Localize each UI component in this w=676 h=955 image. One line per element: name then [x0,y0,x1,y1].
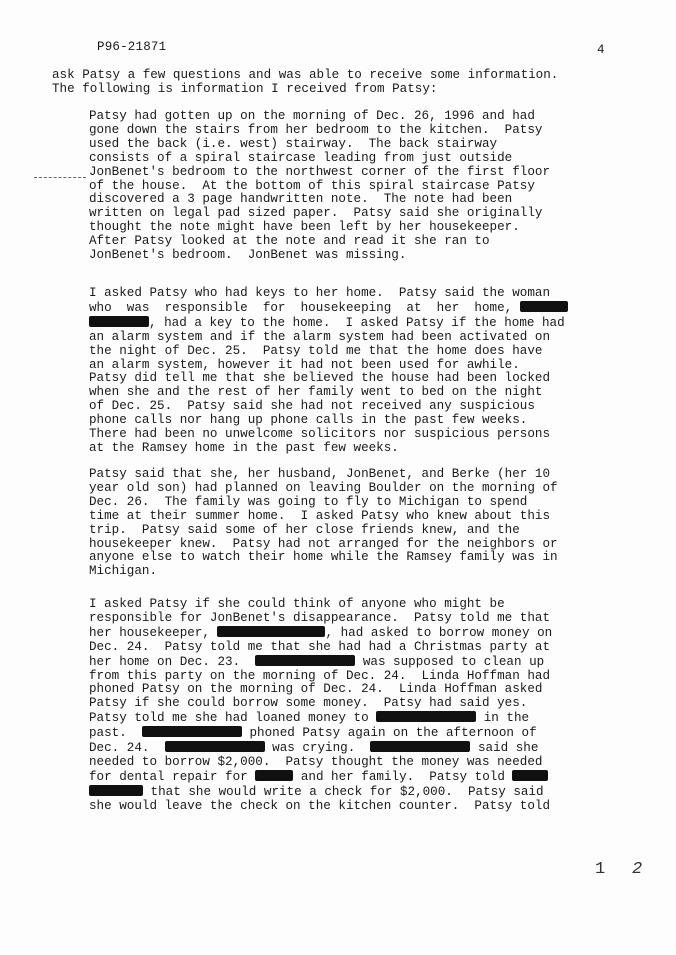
text-line: in the [476,711,529,725]
text-line: Dec. 24. [89,741,165,755]
text-line: past. [89,726,142,740]
text-line: Patsy told me she had loaned money to [89,711,376,725]
text-line: responsible for JonBenet's disappearance… [89,611,550,625]
paragraph-housekeeper: I asked Patsy if she could think of anyo… [89,598,552,814]
paragraph-trip: Patsy said that she, her husband, JonBen… [89,468,558,579]
text-line: for dental repair for [89,770,255,784]
redaction-bar [89,785,143,796]
margin-mark [34,177,86,178]
text-line: and her family. Patsy told [293,770,512,784]
redaction-bar [255,770,293,781]
text-line: needed to borrow $2,000. Patsy thought t… [89,755,542,769]
redaction-bar [370,741,470,752]
text-line: who was responsible for housekeeping at … [89,301,520,315]
text-line: she would leave the check on the kitchen… [89,799,550,813]
text-line: her home on Dec. 23. [89,655,255,669]
paragraph-keys-alarm: I asked Patsy who had keys to her home. … [89,287,568,456]
text-line: , had a key to the home. I asked Patsy i… [149,316,565,330]
text-line: was supposed to clean up [355,655,544,669]
footer-mark: 2 [632,860,642,879]
redaction-bar [165,741,265,752]
redaction-bar [142,726,242,737]
paragraph-stairs-note: Patsy had gotten up on the morning of De… [89,110,550,263]
redaction-bar [520,301,568,312]
text-line: phoned Patsy again on the afternoon of [242,726,537,740]
footer-mark: 1 [595,860,605,879]
text-block: an alarm system and if the alarm system … [89,330,550,455]
text-line: Patsy if she could borrow some money. Pa… [89,696,527,710]
text-line: phoned Patsy on the morning of Dec. 24. … [89,682,542,696]
text-line: said she [470,741,538,755]
redaction-bar [217,626,325,637]
text-line: from this party on the morning of Dec. 2… [89,669,550,683]
redaction-bar [512,770,548,781]
text-line: I asked Patsy if she could think of anyo… [89,597,505,611]
redaction-bar [89,316,149,327]
page-number: 4 [597,43,605,57]
text-line: that she would write a check for $2,000.… [143,785,544,799]
text-line: was crying. [265,741,371,755]
redaction-bar [255,655,355,666]
text-line: , had asked to borrow money on [325,626,552,640]
text-line: Dec. 24. Patsy told me that she had had … [89,640,550,654]
document-page: P96-21871 4 ask Patsy a few questions an… [0,0,676,955]
text-line: her housekeeper, [89,626,217,640]
text-line: I asked Patsy who had keys to her home. … [89,286,550,300]
intro-text: ask Patsy a few questions and was able t… [52,69,558,97]
case-number: P96-21871 [97,40,166,54]
redaction-bar [376,711,476,722]
